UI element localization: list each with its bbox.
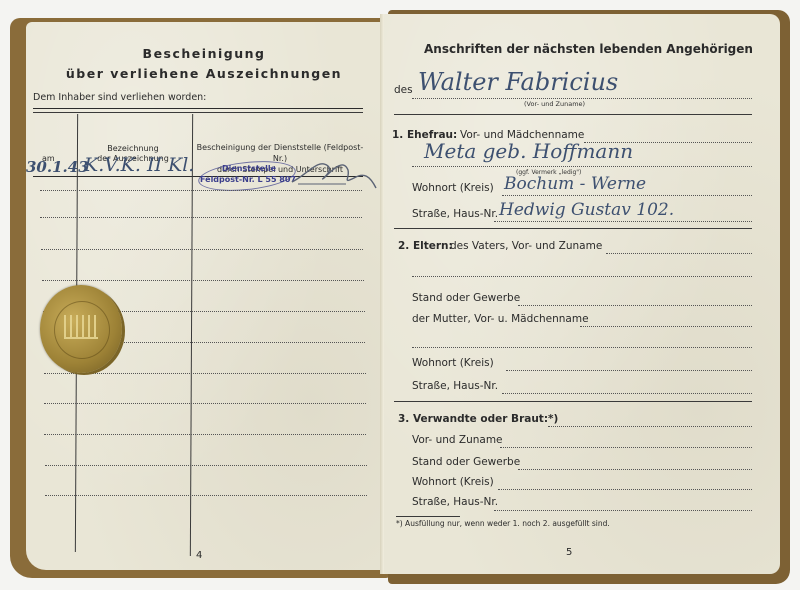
row-line (45, 495, 367, 496)
strasse-label-2: Straße, Haus-Nr. (412, 380, 498, 392)
section3-label: 3. Verwandte oder Braut:*) (398, 413, 558, 425)
coin-gate-icon (64, 315, 98, 339)
row-line (40, 190, 362, 191)
left-page-title-line2: über verliehene Auszeichnungen (26, 66, 382, 81)
strasse-value-1: Hedwig Gustav 102. (499, 200, 674, 220)
wohnort-line-1 (502, 195, 752, 196)
wohnort-value-1: Bochum - Werne (504, 174, 646, 194)
des-line (412, 98, 752, 99)
strasse-label-3: Straße, Haus-Nr. (412, 496, 498, 508)
wohnort-label-2: Wohnort (Kreis) (412, 357, 494, 369)
award-date: 30.1.43 (26, 158, 89, 176)
relative-occupation-line (518, 469, 752, 470)
header-award-line1: Bezeichnung (78, 144, 188, 154)
mother-label: der Mutter, Vor- u. Mädchenname (412, 313, 589, 325)
row-line (40, 217, 362, 218)
signature-scribble (288, 154, 380, 192)
row-line (44, 403, 366, 404)
father-occupation-line (518, 305, 752, 306)
page-number-4: 4 (196, 550, 202, 561)
award-name: K.V.K. II Kl. (84, 154, 194, 176)
footnote-rule (396, 516, 460, 517)
relative-name-line (500, 447, 752, 448)
des-value: Walter Fabricius (418, 68, 618, 96)
row-line (41, 249, 363, 250)
left-page-title-line1: Bescheinigung (26, 46, 382, 61)
father-label: des Vaters, Vor- und Zuname (450, 240, 602, 252)
strasse-label-1: Straße, Haus-Nr. (412, 208, 498, 220)
wohnort-line-2 (506, 370, 752, 371)
wohnort-label-1: Wohnort (Kreis) (412, 182, 494, 194)
des-caption: (Vor- und Zuname) (524, 100, 585, 108)
table-top-rule-2 (33, 112, 363, 113)
des-label: des (394, 84, 413, 96)
relative-name-label: Vor- und Zuname (412, 434, 503, 446)
right-page-title: Anschriften der nächsten lebenden Angehö… (424, 42, 753, 56)
father-line (606, 253, 752, 254)
section2-title: 2. Eltern: (398, 240, 453, 252)
wohnort-line-3 (498, 489, 752, 490)
wohnort-label-3: Wohnort (Kreis) (412, 476, 494, 488)
stamp-line2: Feldpost-Nr. L 55 807 (200, 175, 296, 184)
row-line (44, 373, 366, 374)
section2-label: 2. Eltern: (398, 240, 453, 252)
stamp-line1: Dienststelle (222, 164, 276, 173)
relative-occupation-label: Stand oder Gewerbe (412, 456, 520, 468)
section-rule (394, 401, 752, 402)
footnote: *) Ausfüllung nur, wenn weder 1. noch 2.… (396, 519, 610, 528)
strasse-line-1 (494, 221, 752, 222)
section3-line (548, 426, 752, 427)
coin-icon (40, 285, 122, 373)
row-line (42, 280, 364, 281)
section3-title: 3. Verwandte oder Braut:*) (398, 413, 558, 425)
right-page: Anschriften der nächsten lebenden Angehö… (384, 14, 780, 574)
open-booklet: Bescheinigung über verliehene Auszeichnu… (0, 0, 800, 590)
father-occupation-label: Stand oder Gewerbe (412, 292, 520, 304)
father-line-2 (412, 276, 752, 277)
spouse-name-line2 (412, 166, 752, 167)
table-top-rule (33, 108, 363, 109)
strasse-line-2 (502, 393, 752, 394)
strasse-line-3 (494, 510, 752, 511)
section-rule (394, 228, 752, 229)
page-number-5: 5 (566, 547, 572, 558)
column-divider-2 (190, 114, 193, 556)
left-page-intro: Dem Inhaber sind verliehen worden: (33, 92, 206, 103)
mother-line (580, 326, 752, 327)
section-rule (394, 114, 752, 115)
mother-line-2 (412, 347, 752, 348)
row-line (44, 434, 366, 435)
row-line (45, 465, 367, 466)
spouse-name-value: Meta geb. Hoffmann (424, 139, 633, 163)
